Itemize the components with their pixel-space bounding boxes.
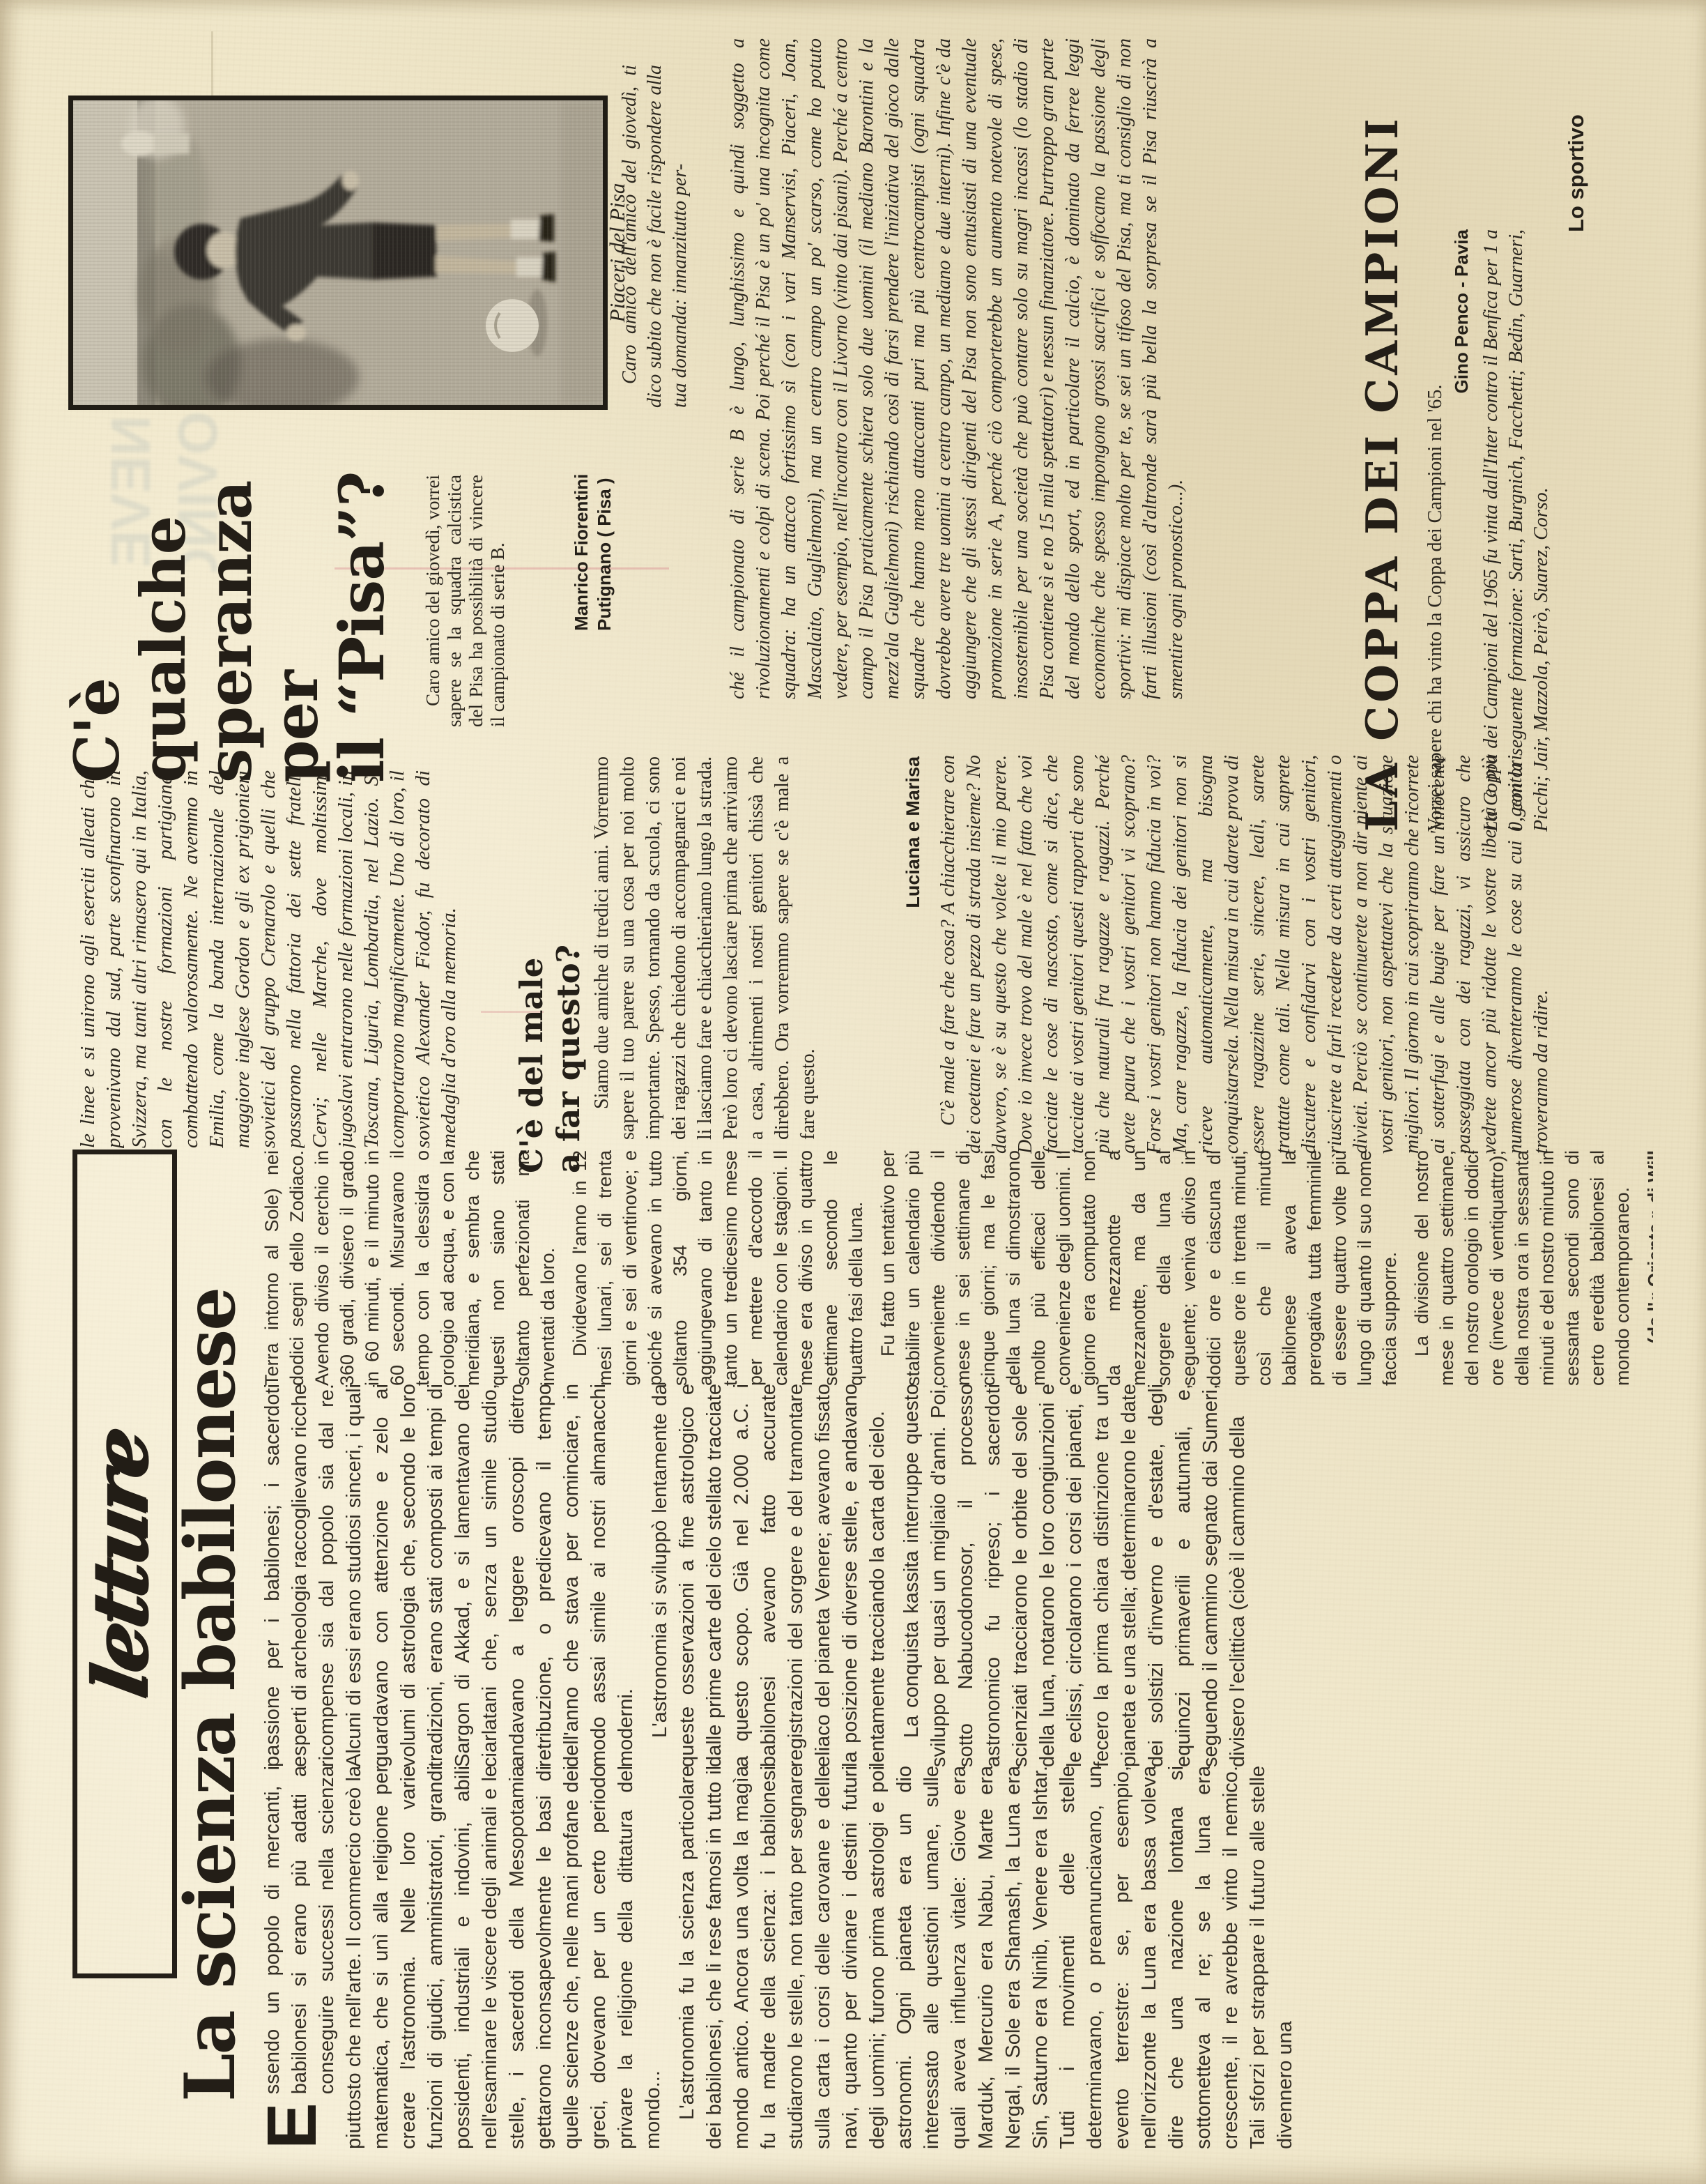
signature-line: Putignano ( Pisa ) [593, 464, 616, 631]
coppa-response: La Coppa dei Campioni del 1965 fu vinta … [1479, 229, 1573, 832]
letter-signature: Gino Penco - Pavia [1451, 229, 1476, 832]
headline-line: C'è del male [513, 922, 550, 1173]
article-paragraph: Dividevano l'anno in 12 mesi lunari, sei… [567, 1150, 868, 1386]
article-paragraph: passione per i babilonesi; i sacerdoti e… [259, 1384, 640, 1767]
article-source-credit: (da l'« Oriente » di Will Durant) [1642, 1150, 1653, 1386]
partisan-letter-fragment: le linee e si unirono agli eserciti alle… [75, 770, 514, 1148]
headline-line: a far questo? [550, 922, 587, 1173]
response-text: Caro amico dell'amico del giovedì, ti di… [617, 65, 693, 408]
pisa-reader-letter: Caro amico del giovedì, vorrei sapere se… [422, 475, 579, 727]
headline-line: speranza [197, 418, 263, 783]
article-paragraph: L'astronomia si sviluppò lentamente da q… [647, 1384, 891, 1767]
babilonese-column-3: Terra intorno al Sole) nei dodici segni … [259, 1150, 1653, 1386]
coppa-reader-letter: Vorrei sapere chi ha vinto la Coppa dei … [1424, 229, 1451, 832]
photo-grain-overlay [73, 100, 603, 405]
luciana-marisa-letter: Siamo due amiche di tredici anni. Vorrem… [589, 756, 911, 1140]
pisa-response-part2: ché il campionato di serie B è lungo, lu… [725, 38, 1362, 699]
letture-logo-box: letture [72, 1150, 177, 1978]
letter-text: Siamo due amiche di tredici anni. Vorrem… [589, 756, 821, 1140]
article-paragraph: Fu fatto un tentativo per stabilire un c… [875, 1150, 1402, 1386]
article-paragraph: La divisione del nostro mese in quattro … [1409, 1150, 1635, 1386]
letture-logo: letture [77, 1423, 164, 1703]
newspaper-sheet-rotated: NEVE OVINO letture La scienza babilonese… [0, 0, 1706, 2184]
sports-headline-speranza-pisa: C'è qualche speranza per il “Pisa”? [64, 418, 399, 783]
headline-line: qualche [130, 418, 197, 783]
babilonese-column-2: passione per i babilonesi; i sacerdoti e… [259, 1384, 1653, 1767]
letter-headline-ce-del-male: C'è del male a far questo? [513, 922, 595, 1173]
headline-line: per [263, 418, 329, 783]
article-paragraph: La conquista kassita interruppe questo s… [898, 1384, 1252, 1767]
letter-signature: Luciana e Marisa [902, 756, 932, 929]
letter-signature: Manrico Fiorentini Putignano ( Pisa ) [570, 464, 619, 631]
article-headline-la-scienza-babilonese: La scienza babilonese [171, 1175, 255, 2102]
signature-line: Manrico Fiorentini [570, 464, 593, 631]
headline-line: il “Pisa”? [329, 418, 395, 783]
article-paragraph: Terra intorno al Sole) nei dodici segni … [259, 1150, 560, 1386]
letter-text: Caro amico del giovedì, vorrei sapere se… [422, 475, 509, 727]
soccer-player-photo [68, 96, 608, 410]
section-label-lo-sportivo: Lo sportivo [1564, 86, 1606, 232]
headline-la-coppa-dei-campioni: LA COPPA DEI CAMPIONI [1356, 26, 1412, 832]
article-paragraph: L'astronomia fu la scienza particolare d… [674, 1766, 1299, 2149]
pisa-response-part1: Caro amico dell'amico del giovedì, ti di… [617, 65, 729, 408]
scanned-newspaper-screenshot: NEVE OVINO letture La scienza babilonese… [0, 0, 1706, 2184]
headline-line: C'è [64, 418, 130, 783]
babilonese-column-1: Essendo un popolo di mercanti, i babilon… [259, 1766, 1653, 2149]
article-paragraph: Essendo un popolo di mercanti, i babilon… [259, 1766, 667, 2149]
